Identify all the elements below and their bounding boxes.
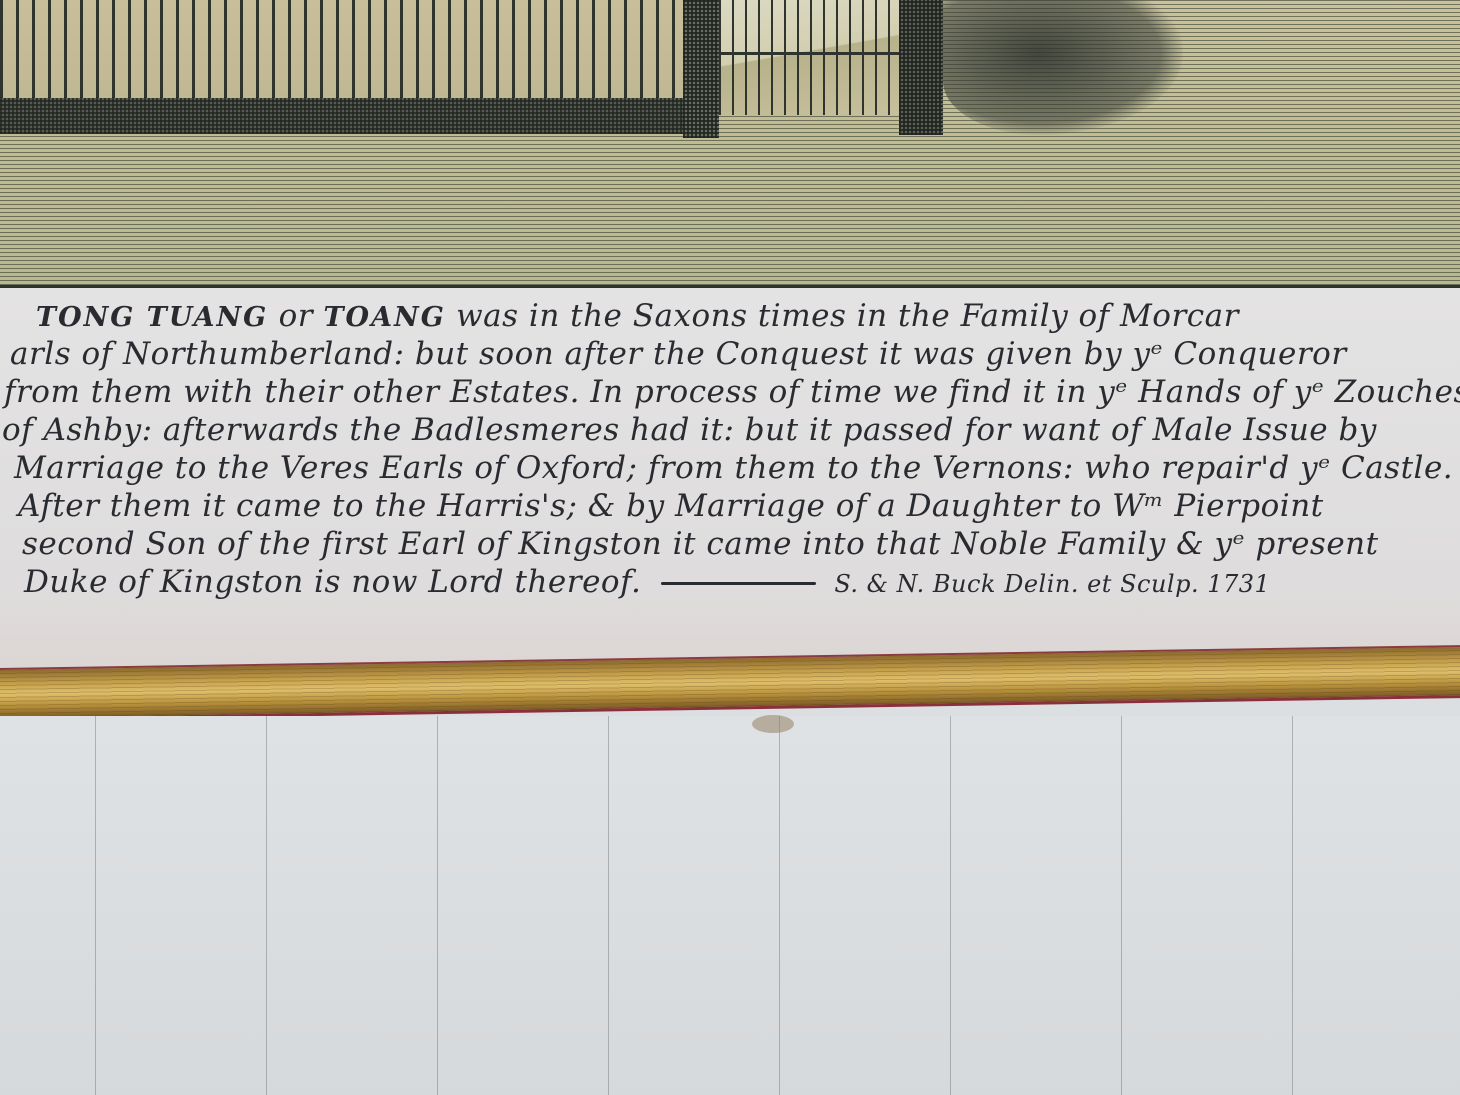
caption-plate: TONG TUANG or TOANG was in the Saxons ti…: [0, 288, 1460, 668]
gate-pier-right: [899, 0, 943, 135]
railing-plinth: [0, 98, 683, 134]
engraved-scene: [0, 0, 1460, 288]
caption-text: was in the Saxons times in the Family of…: [446, 298, 1239, 334]
tree-shadow: [943, 0, 1183, 135]
caption-or: or: [268, 298, 323, 334]
caption-line-5: Marriage to the Veres Earls of Oxford; f…: [14, 450, 1453, 486]
caption-line-2: arls of Northumberland: but soon after t…: [10, 336, 1347, 372]
engraver-signature: S. & N. Buck Delin. et Sculp. 1731: [834, 570, 1270, 598]
wall-stain: [752, 715, 794, 733]
caption-line-4: of Ashby: afterwards the Badlesmeres had…: [2, 412, 1377, 448]
caption-line-3: from them with their other Estates. In p…: [4, 374, 1460, 410]
caption-line-8: Duke of Kingston is now Lord thereof.S. …: [24, 564, 1270, 600]
cracked-white-wall: [0, 716, 1460, 1095]
caption-line-6: After them it came to the Harris's; & by…: [18, 488, 1324, 524]
gate-crossbar: [719, 52, 899, 55]
caption-title-2: TOANG: [323, 302, 445, 333]
signature-rule: [661, 582, 816, 585]
gate-pier-left: [683, 0, 719, 138]
caption-line-7: second Son of the first Earl of Kingston…: [22, 526, 1379, 562]
iron-railing: [0, 0, 683, 98]
caption-title-1: TONG TUANG: [36, 302, 268, 333]
iron-gate: [719, 0, 899, 115]
caption-text: Duke of Kingston is now Lord thereof.: [24, 564, 641, 600]
caption-line-1: TONG TUANG or TOANG was in the Saxons ti…: [36, 298, 1239, 334]
